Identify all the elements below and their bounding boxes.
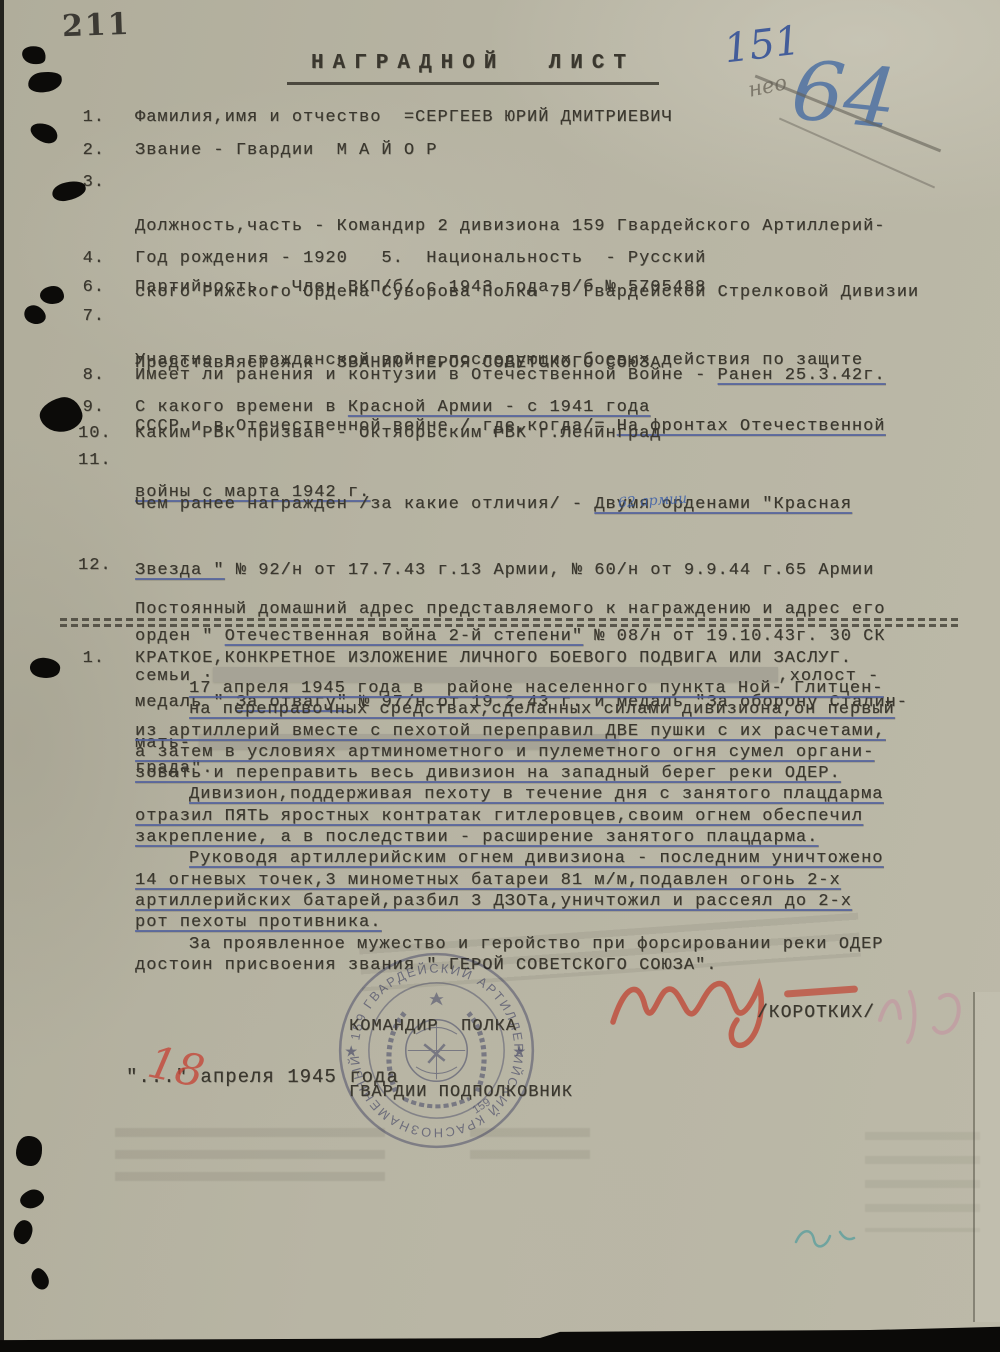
narrative-line: на переправочных средствах,сделанных сил… — [135, 699, 963, 720]
heading-number: 1. — [78, 648, 105, 670]
field-4-5-birth-nationality: 4. Год рождения - 1920 5. Национальность… — [78, 248, 968, 270]
registry-number-blue: 151 — [721, 18, 802, 73]
signer-surname: /КОРОТКИХ/ — [757, 1002, 875, 1024]
field-text-line: Чем ранее награжден /за какие отличия/ -… — [135, 494, 968, 516]
paper-edge-light — [975, 992, 1000, 1322]
field-text: Звание - Гвардии М А Й О Р — [135, 140, 968, 162]
field-number: 1. — [78, 107, 105, 129]
narrative-line: зовать и переправить весь дивизион на за… — [135, 763, 963, 784]
narrative-line: 14 огневых точек,3 минометных батареи 81… — [135, 870, 963, 891]
combat-feat-narrative: 17 апреля 1945 года в районе населенного… — [135, 678, 963, 976]
field-text: Имеет ли ранения и контузии в Отечествен… — [135, 365, 968, 387]
narrative-line: Дивизион,поддерживая пехоту в течение дн… — [135, 784, 963, 805]
teal-scribble — [790, 1218, 870, 1254]
paper-hole — [16, 1136, 42, 1166]
heading-text: КРАТКОЕ,КОНКРЕТНОЕ ИЗЛОЖЕНИЕ ЛИЧНОГО БОЕ… — [135, 648, 968, 670]
field-8-wounds: 8. Имеет ли ранения и контузии в Отечест… — [78, 365, 968, 387]
field-text: Фамилия,имя и отчество =СЕРГЕЕВ ЮРИЙ ДМИ… — [135, 107, 968, 129]
field-text: Год рождения - 1920 5. Национальность - … — [135, 248, 968, 270]
field-number: 4. — [78, 248, 105, 270]
field-number: 2. — [78, 140, 105, 162]
field-text: Партийность - Член ВКП/б/ с 1943 года п/… — [135, 277, 968, 299]
narrative-line: 17 апреля 1945 года в районе населенного… — [135, 678, 963, 699]
narrative-line: артиллерийских батарей,разбил 3 ДЗОТа,ун… — [135, 891, 963, 912]
narrative-line: а затем в условиях артминометного и пуле… — [135, 742, 963, 763]
field-number: 8. — [78, 365, 105, 387]
narrative-line: закрепление, а в последствии - расширени… — [135, 827, 963, 848]
field-number: 12. — [78, 555, 105, 799]
field-9-army-since: 9. С какого времени в Красной Армии - с … — [78, 397, 968, 419]
field-1-name: 1. Фамилия,имя и отчество =СЕРГЕЕВ ЮРИЙ … — [78, 107, 968, 129]
page-number-handwritten: 211 — [61, 7, 131, 44]
field-text-line: Должность,часть - Командир 2 дивизиона 1… — [135, 216, 968, 238]
field-2-rank: 2. Звание - Гвардии М А Й О Р — [78, 140, 968, 162]
field-10-drafted-by: 10. Каким РВК призван - Октябрьским РВК … — [78, 423, 968, 445]
narrative-line: Руководя артиллерийским огнем дивизиона … — [135, 848, 963, 869]
field-number: 6. — [78, 277, 105, 299]
signer-title-line: КОМАНДИР ПОЛКА — [349, 1016, 573, 1038]
narrative-line: За проявленное мужество и геройство при … — [135, 934, 963, 955]
scan-edge-left — [0, 0, 4, 1352]
scanned-award-document: 211 151 нео 64 НАГРАДНОЙ ЛИСТ 1. Фамилия… — [0, 0, 1000, 1352]
field-text: С какого времени в Красной Армии - с 194… — [135, 397, 968, 419]
narrative-line: из артиллерий вместе с пехотой переправи… — [135, 721, 963, 742]
field-text: Каким РВК призван - Октябрьским РВК г.Ле… — [135, 423, 968, 445]
signer-title: КОМАНДИР ПОЛКА ГВАРДИИ ПОДПОЛКОВНИК — [349, 972, 573, 1148]
dashed-separator — [60, 618, 962, 628]
bleed-through-smudge — [865, 1132, 980, 1232]
narrative-line: отразил ПЯТЬ яростных контратак гитлеров… — [135, 806, 963, 827]
field-number: 10. — [78, 423, 105, 445]
section-2-heading: 1. КРАТКОЕ,КОНКРЕТНОЕ ИЗЛОЖЕНИЕ ЛИЧНОГО … — [78, 648, 968, 670]
paper-hole — [40, 286, 64, 304]
field-6-party: 6. Партийность - Член ВКП/б/ с 1943 года… — [78, 277, 968, 299]
document-title: НАГРАДНОЙ ЛИСТ — [287, 52, 659, 85]
faint-pink-marks — [870, 980, 980, 1050]
narrative-line: рот пехоты противника. — [135, 912, 963, 933]
